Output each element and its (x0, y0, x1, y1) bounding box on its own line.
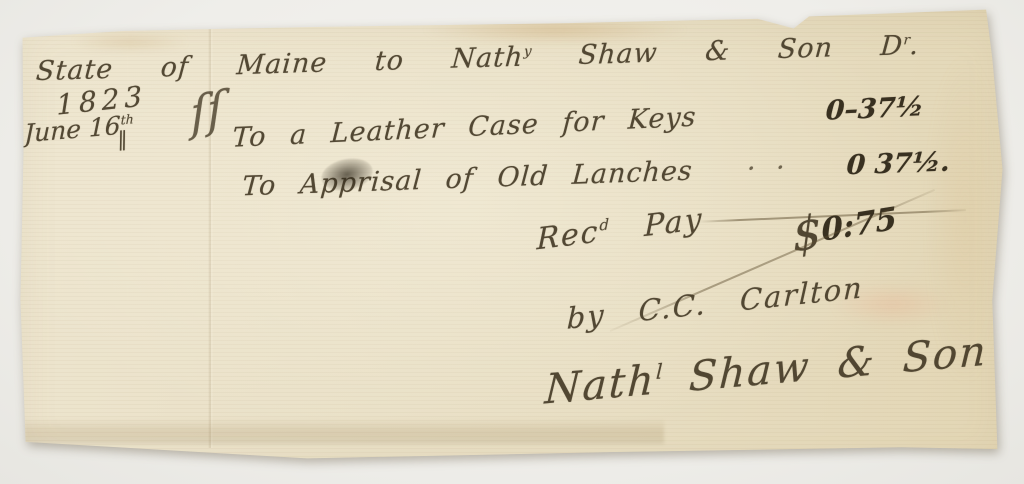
paid-by-line: by C.C. Carlton (566, 270, 864, 336)
date-line: June 16th‖ (24, 109, 144, 149)
amount-value: 0 37 (845, 148, 913, 181)
header-text: State of Maine to Nath (35, 42, 525, 88)
pen-flourish: ſſ (189, 80, 224, 142)
date-superscript: th (121, 111, 134, 127)
dollar-sign: $ (791, 204, 823, 263)
received-superscript: d (599, 215, 609, 234)
date-text: June 16 (24, 111, 121, 149)
received-text: Rec (536, 214, 599, 257)
line-item-amount: 0 37½. (845, 136, 952, 194)
signature-text: Nath (544, 355, 657, 413)
amount-fraction: ½. (911, 147, 951, 179)
total-value: 0:75 (821, 201, 898, 249)
header-text: . (908, 30, 920, 61)
signature-text: Shaw & Son (661, 326, 989, 403)
receipt-paper: State of Maine to Nathy Shaw & Son Dr. 1… (0, 0, 1024, 484)
scanned-receipt-stage: State of Maine to Nathy Shaw & Son Dr. 1… (0, 0, 1024, 484)
line-item-amount: 0–37½ (824, 80, 925, 139)
signature: Nathl Shaw & Son (544, 326, 989, 413)
received-text: Pay (609, 202, 704, 249)
received-payment-line: Recd Pay (536, 202, 703, 258)
leader-dots: · · (745, 141, 793, 197)
tally-mark: ‖ (117, 126, 127, 151)
paper-shadow-wrap: State of Maine to Nathy Shaw & Son Dr. 1… (0, 0, 1024, 484)
amount-value: 0–37 (825, 93, 897, 127)
bottom-fold-crease (24, 418, 664, 444)
amount-fraction: ½ (895, 91, 925, 123)
header-text: Shaw & Son D (530, 30, 904, 72)
